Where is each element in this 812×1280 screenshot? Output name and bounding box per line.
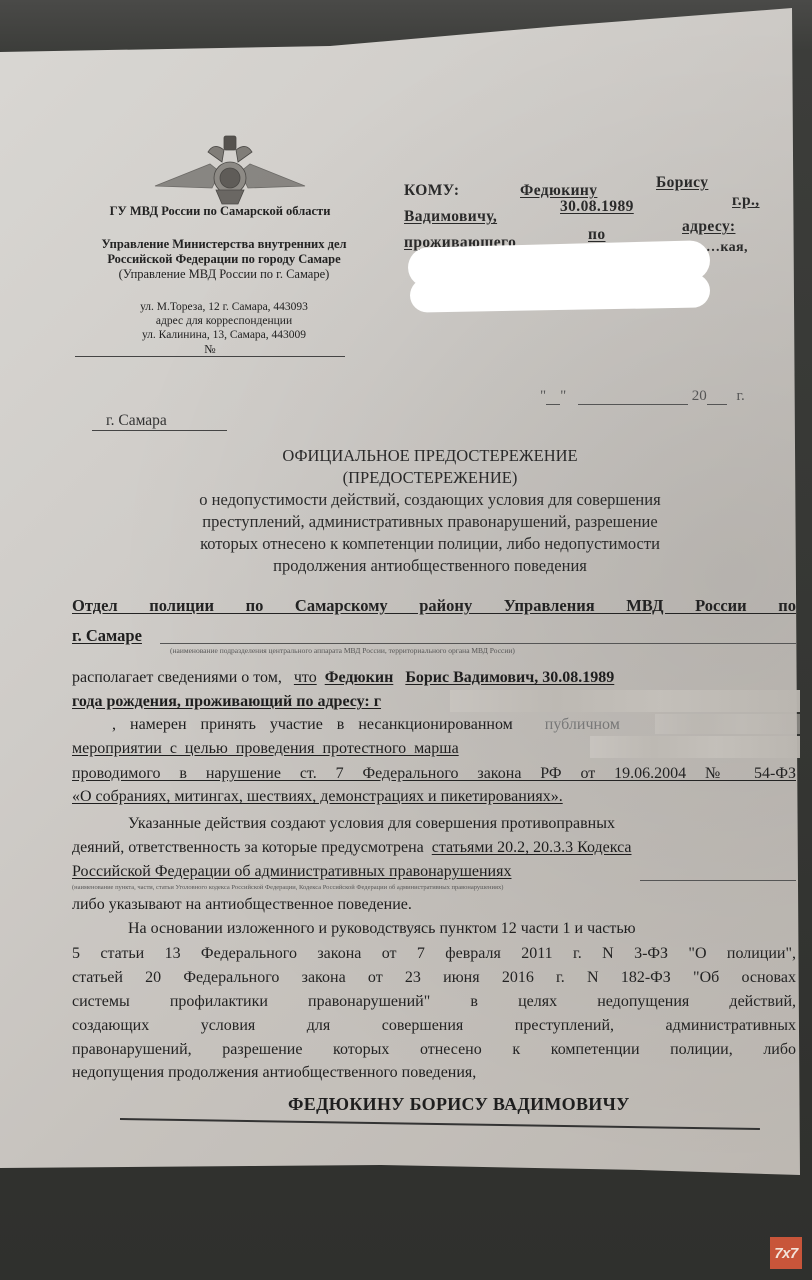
recipient-first-name: Борису (656, 174, 708, 192)
address-line-2: адрес для корреспонденции (64, 314, 384, 328)
p2-caption: (наименование пункта, части, статьи Угол… (72, 884, 503, 891)
redaction-mark (410, 273, 711, 312)
body-p3-line-1: На основании изложенного и руководствуяс… (128, 920, 636, 938)
to-label: КОМУ: (404, 182, 460, 199)
letterhead-address: ул. М.Тореза, 12 г. Самара, 443093 адрес… (64, 300, 384, 342)
recipient-address-partial: …кая, (706, 240, 748, 256)
recipient-by: по (588, 226, 605, 244)
month-blank (578, 404, 688, 405)
p2-rule (640, 880, 796, 881)
year-blank (707, 404, 727, 405)
date-quote-close: " (560, 388, 566, 404)
body-p2-line-2: деяний, ответственность за которые преду… (72, 839, 632, 857)
recipient-dob: 30.08.1989 (560, 198, 634, 216)
recipient-address-label: адресу: (682, 218, 735, 236)
date-field: "" 20 г. (540, 388, 745, 405)
title-line-5: которых отнесено к компетенции полиции, … (120, 533, 740, 555)
year-suffix: г. (737, 388, 745, 404)
p2-articles: статьями 20.2, 20.3.3 Кодекса (432, 839, 632, 856)
body-p1-line-2: года рождения, проживающий по адресу: г (72, 693, 381, 711)
body-p2-line-1: Указанные действия создают условия для с… (128, 815, 615, 833)
body-p2-line-3: Российской Федерации об административных… (72, 863, 511, 881)
day-blank (546, 404, 560, 405)
body-p3-line-5: создающих условия для совершения преступ… (72, 1016, 796, 1036)
p1-public: публичном (545, 716, 620, 733)
body-p1-line-6: «О собраниях, митингах, шествиях, демонс… (72, 788, 563, 806)
body-p3-line-7: недопущения продолжения антиобщественног… (72, 1064, 476, 1082)
date-quote-open: " (540, 388, 546, 404)
p1-intends: , намерен принять участие в несанкционир… (112, 716, 513, 733)
redaction-pixelated (655, 714, 800, 734)
department-line-3: (Управление МВД России по г. Самаре) (64, 267, 384, 282)
p1-surname: Федюкин (325, 669, 394, 686)
city: г. Самара (92, 412, 227, 431)
department-line-2: Российской Федерации по городу Самаре (64, 252, 384, 267)
document-title: ОФИЦИАЛЬНОЕ ПРЕДОСТЕРЕЖЕНИЕ (ПРЕДОСТЕРЕЖ… (120, 445, 740, 577)
p2-text: деяний, ответственность за которые преду… (72, 839, 424, 856)
title-line-3: о недопустимости действий, создающих усл… (120, 489, 740, 511)
address-line-3: ул. Калинина, 13, Самара, 443009 (64, 328, 384, 342)
body-p1-line-4: мероприятии с целью проведения протестно… (72, 740, 459, 758)
body-p3-line-4: системы профилактики правонарушений" в ц… (72, 992, 796, 1012)
issuer-line-1: Отдел полиции по Самарскому району Управ… (72, 596, 796, 616)
title-line-2: (ПРЕДОСТЕРЕЖЕНИЕ) (120, 467, 740, 489)
ministry-name: ГУ МВД России по Самарской области (60, 204, 380, 219)
p1-text: располагает сведениями о том, (72, 669, 282, 686)
number-label: № (204, 342, 215, 356)
issuer-line-2: г. Самаре (72, 626, 142, 646)
eagle-emblem-icon (150, 128, 310, 208)
recipient-dob-suffix: г.р., (732, 192, 760, 210)
addressee-name: ФЕДЮКИНУ БОРИСУ ВАДИМОВИЧУ (288, 1094, 630, 1115)
body-p3-line-6: правонарушений, разрешение которых отнес… (72, 1040, 796, 1060)
watermark-badge: 7x7 (770, 1237, 802, 1269)
issuer-rule (160, 643, 796, 644)
department-name: Управление Министерства внутренних дел Р… (64, 237, 384, 282)
address-line-1: ул. М.Тореза, 12 г. Самара, 443093 (64, 300, 384, 314)
body-p2-line-4: либо указывают на антиобщественное повед… (72, 896, 412, 914)
redaction-pixelated (450, 690, 800, 712)
body-p1-line-5: проводимого в нарушение ст. 7 Федерально… (72, 764, 796, 784)
body-p1-line-3: , намерен принять участие в несанкционир… (72, 716, 620, 734)
title-line-1: ОФИЦИАЛЬНОЕ ПРЕДОСТЕРЕЖЕНИЕ (120, 445, 740, 467)
title-line-4: преступлений, административных правонару… (120, 511, 740, 533)
p1-that: что (294, 669, 317, 686)
body-p1-line-1: располагает сведениями о том, что Федюки… (72, 669, 614, 687)
body-p3-line-3: статьей 20 Федерального закона от 23 июн… (72, 968, 796, 988)
department-line-1: Управление Министерства внутренних дел (64, 237, 384, 252)
recipient-patronymic: Вадимовичу, (404, 208, 497, 226)
issuer-caption: (наименование подразделения центрального… (170, 646, 515, 655)
redaction-pixelated (590, 736, 800, 758)
outgoing-number-field: № (75, 342, 345, 357)
year-prefix: 20 (692, 388, 707, 404)
body-p3-line-2: 5 статьи 13 Федерального закона от 7 фев… (72, 944, 796, 964)
p1-name-dob: Борис Вадимович, 30.08.1989 (405, 669, 614, 686)
title-line-6: продолжения антиобщественного поведения (120, 555, 740, 577)
